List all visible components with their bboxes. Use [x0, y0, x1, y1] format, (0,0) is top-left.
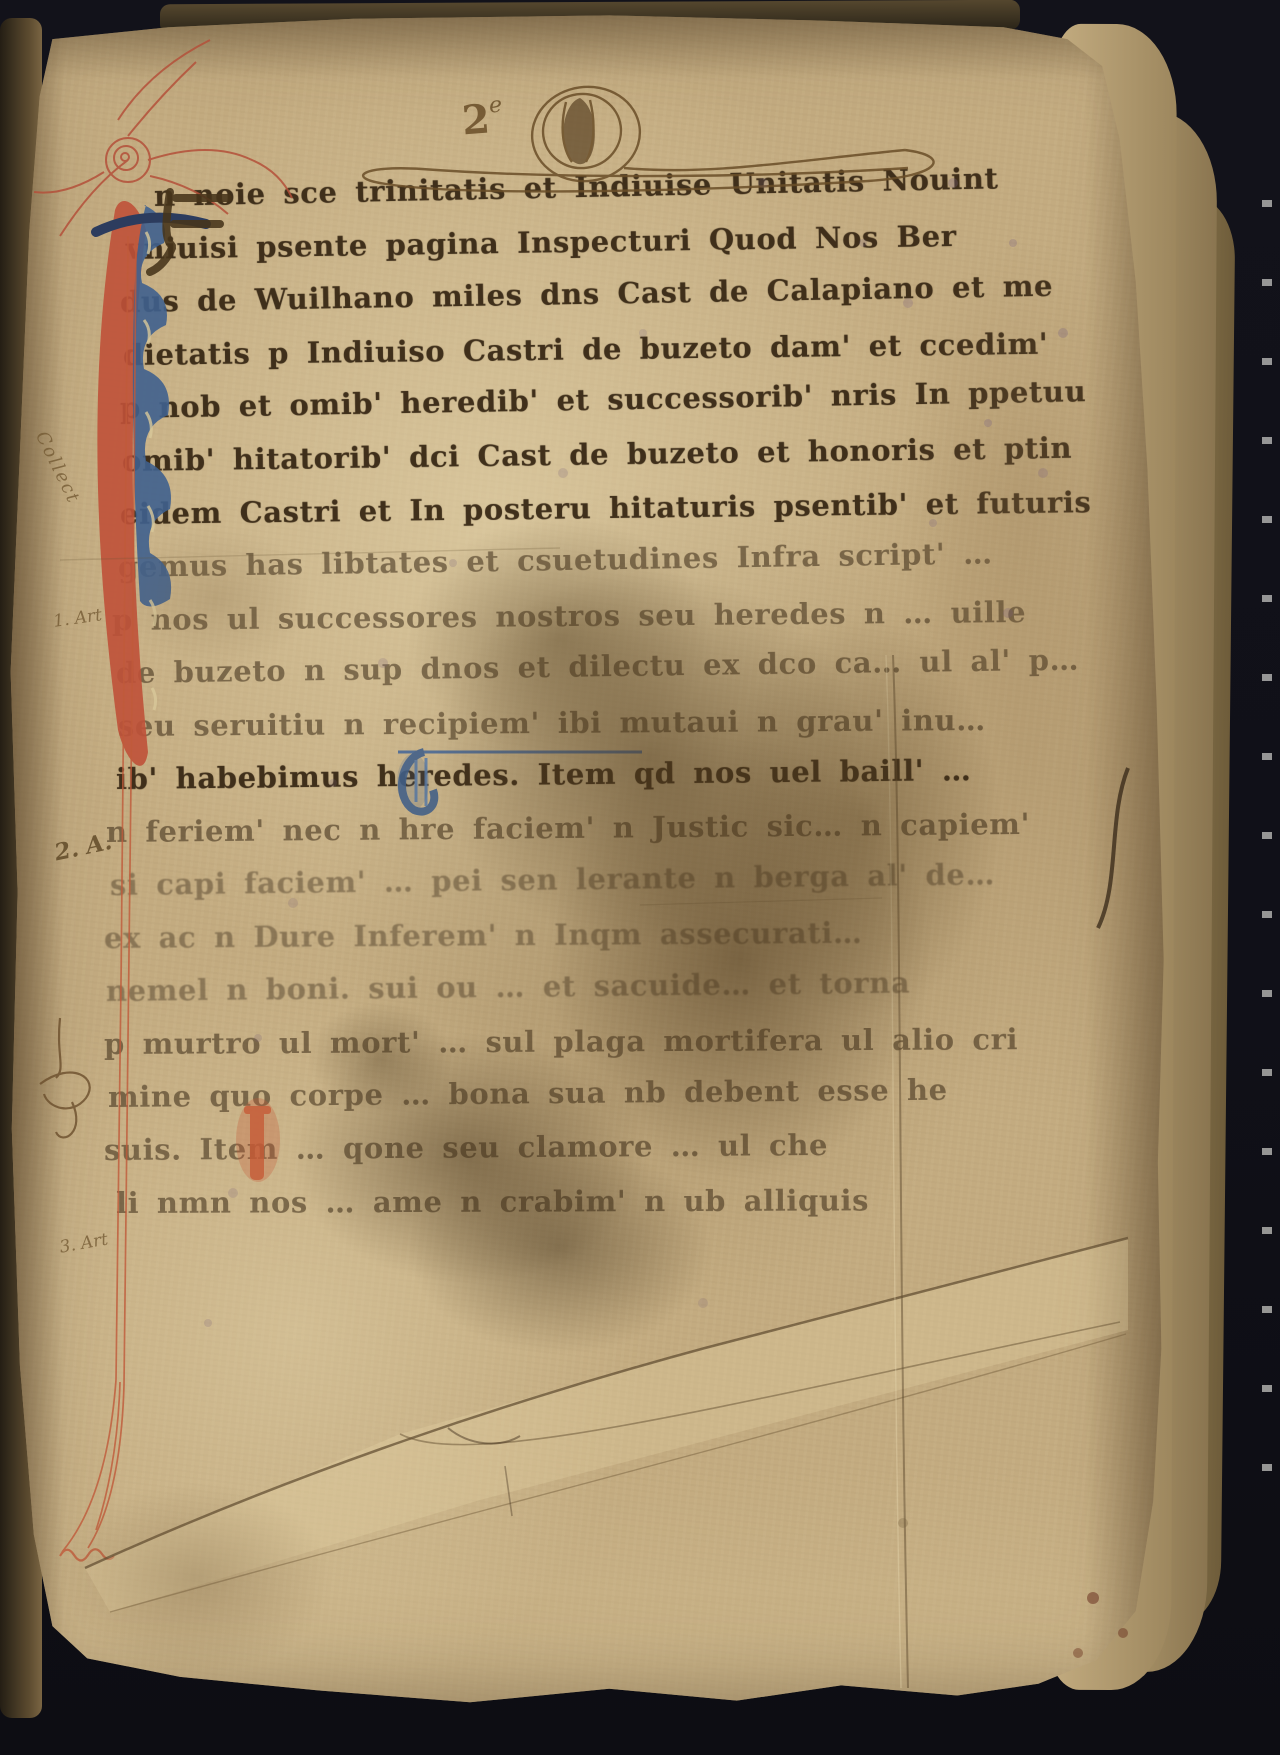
- speckle-spots: [0, 0, 6, 6]
- text-line: ib' habebimus heredes. Item qd nos uel b…: [116, 745, 909, 806]
- text-line: p murtro ul mort' … sul plaga mortifera …: [104, 1014, 908, 1071]
- scale-ruler-ticks: [1262, 128, 1272, 1518]
- text-line: nemel n boni. sui ou … et sacuide… et to…: [106, 957, 909, 1018]
- text-line: gemus has libtates et csuetudines Infra …: [118, 529, 909, 594]
- shelfmark-number: 2: [460, 96, 491, 145]
- text-line: omib' hitatorib' dci Cast de buzeto et h…: [122, 424, 909, 488]
- text-line: ex ac n Dure Inferem' n Inqm assecurati…: [104, 906, 908, 965]
- text-line: li nmn nos … ame n crabim' n ub alliquis: [116, 1174, 908, 1230]
- text-line: suis. Item … qone seu clamore … ul che: [104, 1118, 908, 1177]
- manuscript-photo: { "photo": { "caption": "Parchment manus…: [0, 0, 1280, 1755]
- shelfmark-exponent: e: [488, 93, 503, 119]
- charter-text-block: n noie sce trinitatis et Indiuise Unitat…: [118, 170, 908, 1230]
- shelfmark-top: 2e: [460, 93, 504, 145]
- text-line: seu seruitiu n recipiem' ibi mutaui n gr…: [118, 694, 908, 753]
- text-line: mine quo corpe … bona sua nb debent esse…: [108, 1064, 908, 1124]
- text-line: de buzeto n sup dnos et dilectu ex dco c…: [116, 636, 909, 700]
- text-line: si capi faciem' … pei sen lerante n berg…: [110, 849, 909, 912]
